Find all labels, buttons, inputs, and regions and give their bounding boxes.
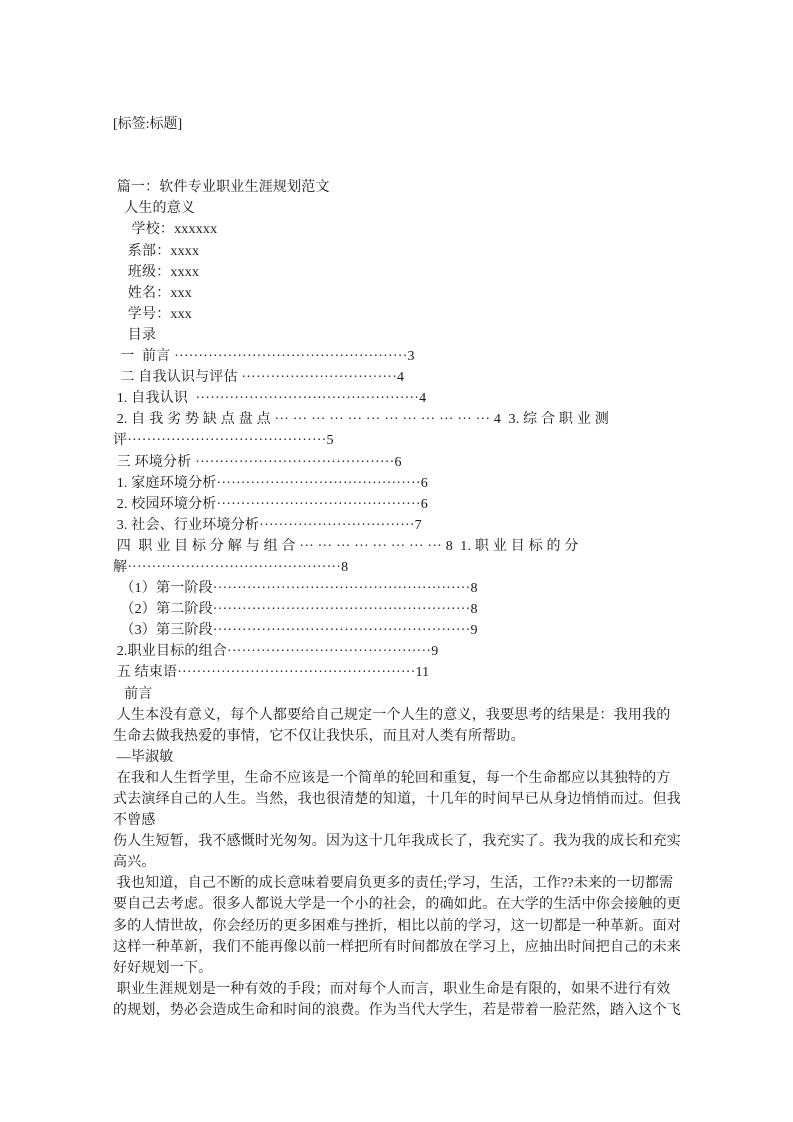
- doc-line-blank: [113, 135, 685, 156]
- doc-line-info-field: 姓名：xxx: [113, 283, 685, 304]
- doc-line-toc-entry: 四 职 业 目 标 分 解 与 组 合 ··· ··· ··· ··· ··· …: [113, 536, 685, 557]
- doc-line-toc-entry: （2）第二阶段·································…: [113, 599, 685, 620]
- doc-line-toc-wrap: 评·······································…: [113, 430, 685, 451]
- doc-line-info-field: 学校：xxxxxx: [113, 219, 685, 240]
- doc-line-toc-entry: 五 结束语···································…: [113, 662, 685, 683]
- doc-line-meta-tag: [标签:标题]: [113, 114, 685, 135]
- doc-line-paragraph-line: 这样一种革新，我们不能再像以前一样把所有时间都放在学习上，应抽出时间把自己的未来: [113, 937, 685, 958]
- doc-line-toc-entry: 2.职业目标的组合·······························…: [113, 641, 685, 662]
- doc-line-paragraph-line: 高兴。: [113, 852, 685, 873]
- doc-line-paragraph-line: 生命去做我热爱的事情，它不仅让我快乐，而且对人类有所帮助。: [113, 726, 685, 747]
- doc-line-paragraph-line: 的规划，势必会造成生命和时间的浪费。作为当代大学生，若是带着一脸茫然，踏入这个飞: [113, 1000, 685, 1021]
- doc-line-preface-heading: 前言: [113, 684, 685, 705]
- doc-line-toc-entry: 1. 家庭环境分析·······························…: [113, 473, 685, 494]
- doc-line-doc-subtitle: 人生的意义: [113, 198, 685, 219]
- doc-line-paragraph-line: 职业生涯规划是一种有效的手段；而对每个人而言，职业生命是有限的，如果不进行有效: [113, 979, 685, 1000]
- doc-line-info-field: 班级：xxxx: [113, 262, 685, 283]
- doc-line-info-field: 学号：xxx: [113, 304, 685, 325]
- doc-line-toc-title: 目录: [113, 325, 685, 346]
- doc-line-paragraph-line: 在我和人生哲学里，生命不应该是一个简单的轮回和重复，每一个生命都应以其独特的方: [113, 768, 685, 789]
- doc-line-paragraph-line: 式去演绎自己的人生。当然，我也很清楚的知道，十几年的时间早已从身边悄悄而过。但我: [113, 789, 685, 810]
- doc-line-toc-entry: 2. 校园环境分析·······························…: [113, 494, 685, 515]
- doc-line-toc-entry: 2. 自 我 劣 势 缺 点 盘 点 ··· ··· ··· ··· ··· ·…: [113, 409, 685, 430]
- doc-line-blank: [113, 156, 685, 177]
- doc-line-info-field: 系部：xxxx: [113, 241, 685, 262]
- doc-line-toc-wrap: 解·······································…: [113, 557, 685, 578]
- doc-line-paragraph-line: 我也知道，自己不断的成长意味着要肩负更多的责任;学习，生活，工作??未来的一切都…: [113, 873, 685, 894]
- doc-line-paragraph-line: 伤人生短暂，我不感慨时光匆匆。因为这十几年我成长了，我充实了。我为我的成长和充实: [113, 831, 685, 852]
- doc-line-toc-entry: （3）第三阶段·································…: [113, 620, 685, 641]
- doc-line-toc-entry: 二 自我认识与评估 ······························…: [113, 367, 685, 388]
- doc-line-paragraph-line: 好好规划一下。: [113, 958, 685, 979]
- doc-line-paragraph-line: 人生本没有意义，每个人都要给自己规定一个人生的意义，我要思考的结果是：我用我的: [113, 705, 685, 726]
- doc-line-paragraph-line: —毕淑敏: [113, 747, 685, 768]
- document-page: [标签:标题] 篇一：软件专业职业生涯规划范文 人生的意义 学校：xxxxxx …: [0, 0, 793, 1122]
- doc-line-paragraph-line: 多的人情世故，你会经历的更多困难与挫折，相比以前的学习，这一切都是一种革新。面对: [113, 916, 685, 937]
- doc-line-paragraph-line: 不曾感: [113, 810, 685, 831]
- doc-line-toc-entry: 3. 社会、行业环境分析····························…: [113, 515, 685, 536]
- doc-line-toc-entry: 1. 自我认识 ································…: [113, 388, 685, 409]
- doc-line-paragraph-line: 要自己去考虑。很多人都说大学是一个小的社会，的确如此。在大学的生活中你会接触的更: [113, 894, 685, 915]
- doc-line-toc-entry: 三 环境分析 ·································…: [113, 452, 685, 473]
- doc-line-section-heading: 篇一：软件专业职业生涯规划范文: [113, 177, 685, 198]
- doc-line-toc-entry: （1）第一阶段·································…: [113, 578, 685, 599]
- doc-line-toc-entry: 一 前言 ···································…: [113, 346, 685, 367]
